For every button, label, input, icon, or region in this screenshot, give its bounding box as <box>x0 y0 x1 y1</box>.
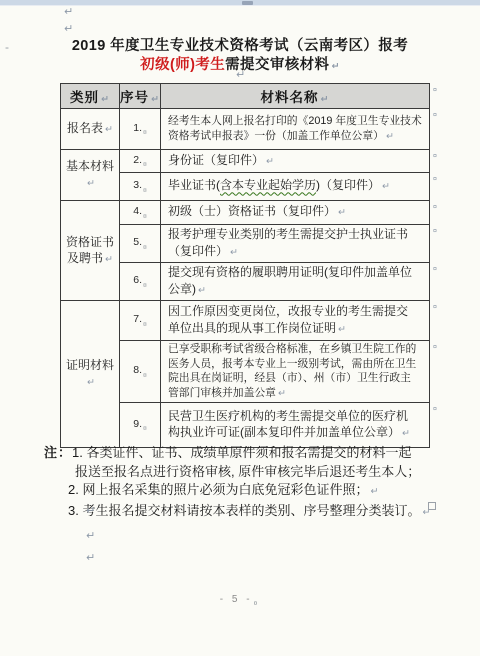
return-mark-icon: ↵ <box>382 181 390 192</box>
column-header-label: 类别 <box>70 90 99 105</box>
row-end-mark-icon: ¤ <box>433 153 437 160</box>
note-line: 报送至报名点进行资格审核, 原件审核完毕后退还考生本人； <box>75 463 444 482</box>
material-text-line: 经考生本人网上报名打印的《2019 年度卫生专业技术 <box>168 114 427 129</box>
table-row: 报名表↵1.¤经考生本人网上报名打印的《2019 年度卫生专业技术资格考试申报表… <box>61 109 430 150</box>
return-mark-icon: ↵ <box>386 131 394 142</box>
material-text-line: 民营卫生医疗机构的考生需提交单位的医疗机 <box>168 408 427 425</box>
material-text-line: 身份证（复印件）↵ <box>168 152 427 171</box>
category-cell: 基本材料↵ <box>61 150 120 201</box>
paragraph-return-icon: ↵ <box>86 553 95 564</box>
row-end-mark-icon: ¤ <box>433 87 437 94</box>
document-page: { "marks": { "return": "↵", "cell_end": … <box>0 0 480 656</box>
return-mark-icon: ↵ <box>278 388 286 399</box>
serial-number-cell: 9.¤ <box>120 403 161 448</box>
row-end-mark-icon: ¤ <box>433 204 437 211</box>
category-cell: 报名表↵ <box>61 109 120 150</box>
cell-end-mark-icon: ¤ <box>143 129 147 136</box>
spellcheck-wavy-text: 含本专业起始学历 <box>220 178 316 192</box>
material-text-line: 医务人员，报考本专业上一级别考试，需由所在卫生 <box>168 357 427 372</box>
ruler-marker <box>242 1 253 5</box>
return-mark-icon: ↵ <box>321 94 330 105</box>
return-mark-icon: ↵ <box>87 377 95 388</box>
category-label: 报名表 <box>67 121 103 135</box>
table-row: 证明材料↵7.¤因工作原因变更岗位，改报专业的考生需提交单位出具的现从事工作岗位… <box>61 301 430 341</box>
return-mark-icon: ↵ <box>151 94 160 105</box>
notes-block: 注：1. 各类证件、证书、成绩单原件须和报名需提交的材料一起报送至报名点进行资格… <box>44 444 444 522</box>
row-end-mark-icon: ¤ <box>433 406 437 413</box>
table-row: 资格证书及聘书↵4.¤初级（士）资格证书（复印件）↵ <box>61 201 430 225</box>
cell-end-mark-icon: ¤ <box>143 425 147 432</box>
column-header: 类别↵ <box>61 84 120 109</box>
return-mark-icon: ↵ <box>230 247 238 258</box>
return-mark-icon: ↵ <box>105 124 113 135</box>
paragraph-return-icon: ↵ <box>331 61 339 72</box>
paragraph-return-icon: ↵ <box>86 506 95 517</box>
cell-end-mark-icon: ¤ <box>254 600 261 607</box>
return-mark-icon: ↵ <box>338 207 346 218</box>
category-cell: 证明材料↵ <box>61 301 120 448</box>
cell-end-mark-icon: ¤ <box>143 244 147 251</box>
material-name-cell: 民营卫生医疗机构的考生需提交单位的医疗机构执业许可证(副本复印件并加盖单位公章）… <box>161 403 430 448</box>
material-text-line: 报考护理专业类别的考生需提交护士执业证书 <box>168 226 427 243</box>
materials-table-body: 报名表↵1.¤经考生本人网上报名打印的《2019 年度卫生专业技术资格考试申报表… <box>61 109 430 448</box>
cell-end-mark-icon: ¤ <box>143 372 147 379</box>
material-text-line: 毕业证书(含本专业起始学历)（复印件）↵ <box>168 177 427 196</box>
materials-table-head: 类别↵序号↵材料名称↵ <box>61 84 430 109</box>
paragraph-return-icon: ↵ <box>86 531 95 542</box>
material-text-line: 已享受职称考试省级合格标准，在乡镇卫生院工作的 <box>168 342 427 357</box>
material-name-cell: 经考生本人网上报名打印的《2019 年度卫生专业技术资格考试申报表》一份（加盖工… <box>161 109 430 150</box>
material-text-line: （复印件）↵ <box>168 243 427 262</box>
note-prefix-label: 注： <box>44 445 72 460</box>
row-end-mark-icon: ¤ <box>433 176 437 183</box>
material-name-cell: 初级（士）资格证书（复印件）↵ <box>161 201 430 225</box>
return-mark-icon: ↵ <box>402 428 410 439</box>
material-text-line: 提交现有资格的履职聘用证明(复印件加盖单位 <box>168 264 427 281</box>
return-mark-icon: ↵ <box>87 178 95 189</box>
category-cell: 资格证书及聘书↵ <box>61 201 120 301</box>
column-header-label: 材料名称 <box>261 90 319 105</box>
row-end-mark-icon: ¤ <box>433 112 437 119</box>
materials-table: 类别↵序号↵材料名称↵ 报名表↵1.¤经考生本人网上报名打印的《2019 年度卫… <box>60 83 430 448</box>
return-mark-icon: ↵ <box>101 94 110 105</box>
title-line2-red-text: 初级(师)考生 <box>140 57 225 73</box>
section-end-box <box>428 502 436 510</box>
cell-end-mark-icon: ¤ <box>143 187 147 194</box>
cell-end-mark-icon: ¤ <box>143 321 147 328</box>
note-line: 2. 网上报名采集的照片必须为白底免冠彩色证件照；↵ <box>68 481 444 502</box>
serial-number-cell: 6.¤ <box>120 263 161 301</box>
material-text-line: 因工作原因变更岗位，改报专业的考生需提交 <box>168 303 427 320</box>
paragraph-return-icon: ↵ <box>236 70 245 81</box>
paragraph-return-icon: ↵ <box>64 24 73 35</box>
column-header: 材料名称↵ <box>161 84 430 109</box>
serial-number-cell: 2.¤ <box>120 150 161 173</box>
paragraph-return-icon: ↵ <box>64 7 73 18</box>
row-end-mark-icon: ¤ <box>433 304 437 311</box>
column-header-label: 序号 <box>120 90 149 105</box>
column-header: 序号↵ <box>120 84 161 109</box>
return-mark-icon: ↵ <box>105 254 113 265</box>
cell-end-mark-icon: ¤ <box>143 161 147 168</box>
material-text-line: 构执业许可证(副本复印件并加盖单位公章）↵ <box>168 424 427 443</box>
row-end-mark-icon: ¤ <box>433 344 437 351</box>
category-label: 基本材料 <box>66 159 114 173</box>
cell-end-mark-icon: ¤ <box>143 282 147 289</box>
serial-number-cell: 4.¤ <box>120 201 161 225</box>
footer-page-number: - 5 -¤ <box>0 594 480 607</box>
material-name-cell: 毕业证书(含本专业起始学历)（复印件）↵ <box>161 173 430 201</box>
material-name-cell: 身份证（复印件）↵ <box>161 150 430 173</box>
return-mark-icon: ↵ <box>198 285 206 296</box>
serial-number-cell: 7.¤ <box>120 301 161 341</box>
serial-number-cell: 1.¤ <box>120 109 161 150</box>
note-line: 注：1. 各类证件、证书、成绩单原件须和报名需提交的材料一起 <box>44 444 444 463</box>
serial-number-cell: 3.¤ <box>120 173 161 201</box>
material-text-line: 管部门审核并加盖公章↵ <box>168 386 427 402</box>
serial-number-cell: 5.¤ <box>120 225 161 263</box>
serial-number-cell: 8.¤ <box>120 341 161 403</box>
category-label: 证明材料 <box>66 358 114 372</box>
material-name-cell: 因工作原因变更岗位，改报专业的考生需提交单位出具的现从事工作岗位证明↵ <box>161 301 430 341</box>
return-mark-icon: ↵ <box>370 486 378 497</box>
material-name-cell: 提交现有资格的履职聘用证明(复印件加盖单位公章)↵ <box>161 263 430 301</box>
note-line: 3. 考生报名提交材料请按本表样的类别、序号整理分类装订。↵ <box>68 502 444 523</box>
title-line-1: 2019 年度卫生专业技术资格考试（云南考区）报考 <box>0 37 480 56</box>
material-text-line: 资格考试申报表》一份（加盖工作单位公章）↵ <box>168 129 427 145</box>
row-end-mark-icon: ¤ <box>433 266 437 273</box>
material-text-line: 初级（士）资格证书（复印件）↵ <box>168 203 427 222</box>
page-number-text: - 5 - <box>220 594 253 605</box>
material-name-cell: 已享受职称考试省级合格标准，在乡镇卫生院工作的医务人员，报考本专业上一级别考试，… <box>161 341 430 403</box>
material-text-line: 公章)↵ <box>168 281 427 300</box>
header-row: 类别↵序号↵材料名称↵ <box>61 84 430 109</box>
return-mark-icon: ↵ <box>338 324 346 335</box>
material-text-line: 院出具在岗证明，经县（市）、州（市）卫生行政主 <box>168 371 427 386</box>
row-end-mark-icon: ¤ <box>433 228 437 235</box>
table-row: 基本材料↵2.¤身份证（复印件）↵ <box>61 150 430 173</box>
material-text-line: 单位出具的现从事工作岗位证明↵ <box>168 320 427 339</box>
cell-end-mark-icon: ¤ <box>143 213 147 220</box>
material-name-cell: 报考护理专业类别的考生需提交护士执业证书（复印件）↵ <box>161 225 430 263</box>
return-mark-icon: ↵ <box>266 156 274 167</box>
